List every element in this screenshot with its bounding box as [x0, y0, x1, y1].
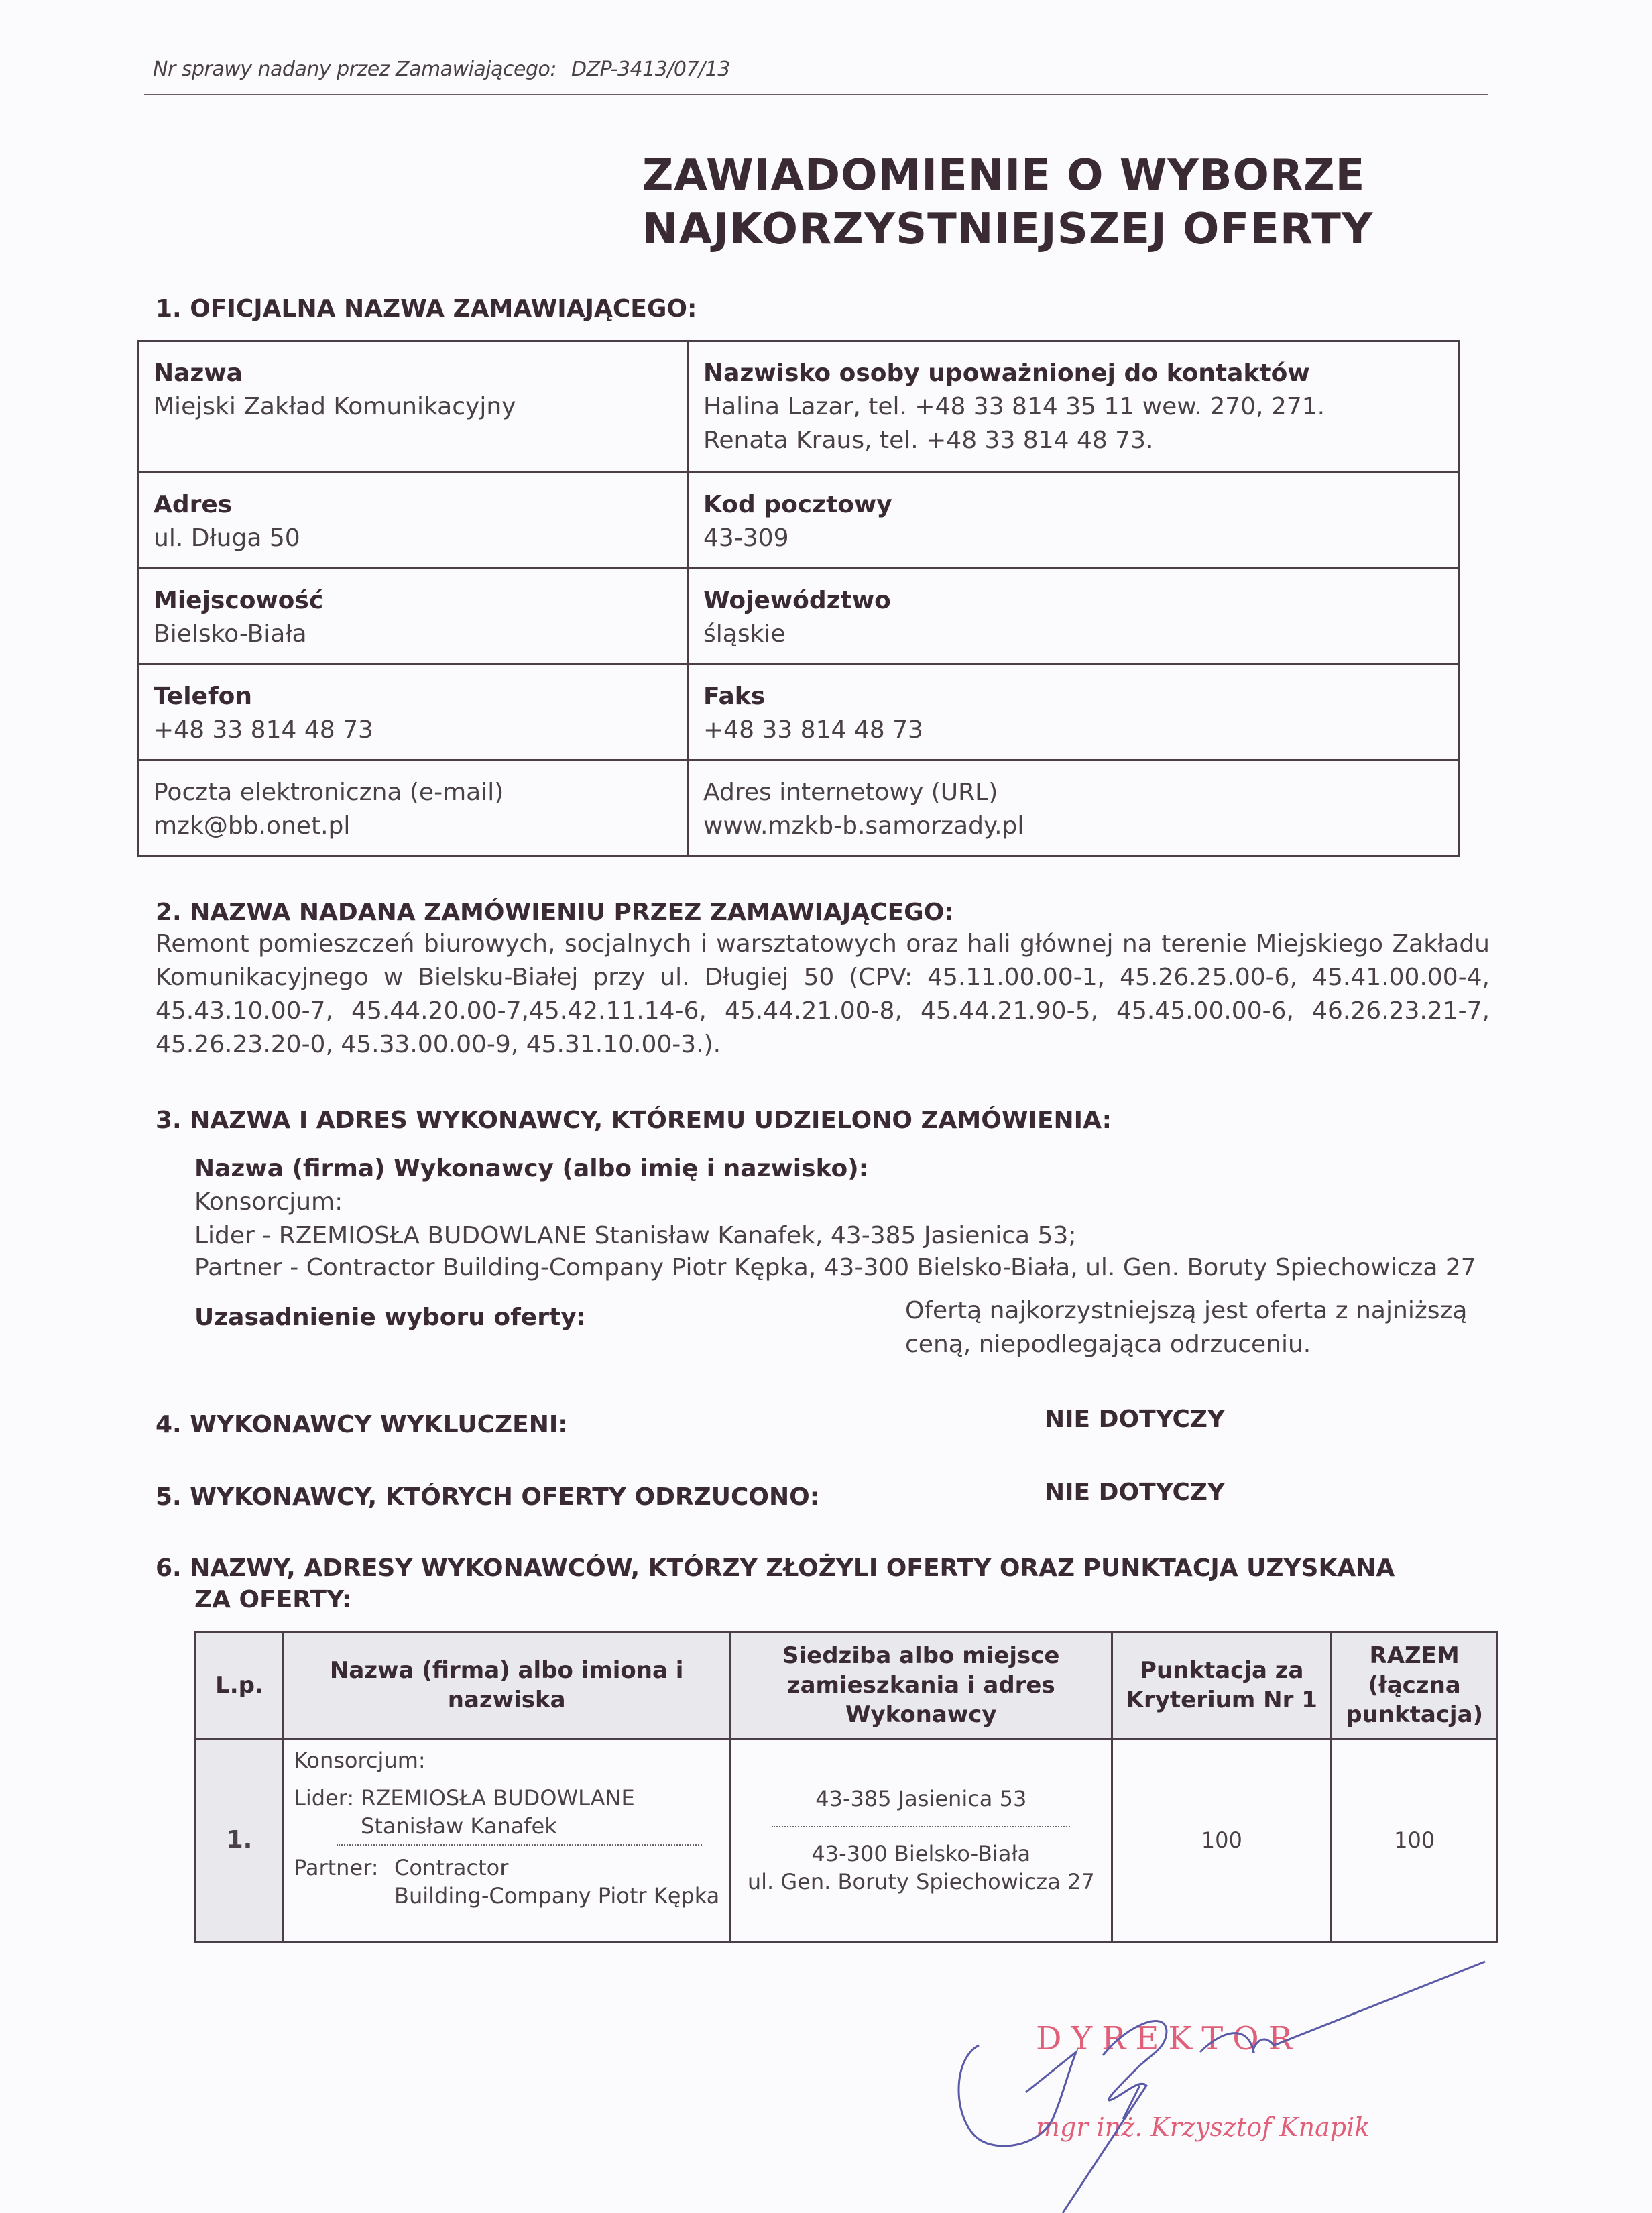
handwritten-signature — [939, 1945, 1542, 2213]
url-cell: Adres internetowy (URL) www.mzkb-b.samor… — [689, 760, 1459, 856]
case-number: DZP-3413/07/13 — [571, 58, 730, 81]
total-cell: 100 — [1332, 1739, 1498, 1942]
section-1-heading: 1. OFICJALNA NAZWA ZAMAWIAJĄCEGO: — [156, 295, 697, 323]
order-name-text: Remont pomieszczeń biurowych, socjalnych… — [156, 927, 1490, 1062]
column-header-total: RAZEM (łączna punktacja) — [1332, 1632, 1498, 1739]
phone-cell: Telefon +48 33 814 48 73 — [139, 665, 689, 760]
firm-label: Nazwa (firma) Wykonawcy (albo imię i naz… — [194, 1152, 868, 1186]
region-cell: Województwo śląskie — [689, 569, 1459, 665]
section-2-heading: 2. NAZWA NADANA ZAMÓWIENIU PRZEZ ZAMAWIA… — [156, 899, 954, 926]
justification-label: Uzasadnienie wyboru oferty: — [194, 1301, 586, 1335]
header-divider — [144, 94, 1488, 95]
contact-cell: Nazwisko osoby upoważnionej do kontaktów… — [689, 341, 1459, 473]
address-cell: 43-385 Jasienica 53 43-300 Bielsko-Biała… — [730, 1739, 1112, 1942]
section-3-heading: 3. NAZWA I ADRES WYKONAWCY, KTÓREMU UDZI… — [156, 1106, 1112, 1134]
section-5-heading: 5. WYKONAWCY, KTÓRYCH OFERTY ODRZUCONO: — [156, 1483, 819, 1511]
leader-line: Lider - RZEMIOSŁA BUDOWLANE Stanisław Ka… — [194, 1219, 1077, 1253]
section-4-value: NIE DOTYCZY — [1045, 1406, 1225, 1433]
document-title: ZAWIADOMIENIE O WYBORZE NAJKORZYSTNIEJSZ… — [642, 149, 1373, 256]
dotted-divider — [337, 1844, 702, 1846]
justification-value: Ofertą najkorzystniejszą jest oferta z n… — [905, 1294, 1495, 1361]
contracting-authority-table: Nazwa Miejski Zakład Komunikacyjny Nazwi… — [137, 340, 1460, 857]
column-header-address: Siedziba albo miejsce zamieszkania i adr… — [730, 1632, 1112, 1739]
column-header-lp: L.p. — [196, 1632, 284, 1739]
partner-line: Partner - Contractor Building-Company Pi… — [194, 1251, 1476, 1285]
score-cell: 100 — [1112, 1739, 1332, 1942]
city-cell: Miejscowość Bielsko-Biała — [139, 569, 689, 665]
email-cell: Poczta elektroniczna (e-mail) mzk@bb.one… — [139, 760, 689, 856]
table-row: 1. Konsorcjum: Lider: RZEMIOSŁA BUDOWLAN… — [196, 1739, 1498, 1942]
offers-table: L.p. Nazwa (firma) albo imiona i nazwisk… — [194, 1631, 1498, 1943]
website-link[interactable]: www.mzkb-b.samorzady.pl — [703, 812, 1024, 840]
consortium-label: Konsorcjum: — [194, 1186, 343, 1219]
firm-cell: Konsorcjum: Lider: RZEMIOSŁA BUDOWLANE S… — [284, 1739, 730, 1942]
column-header-score: Punktacja za Kryterium Nr 1 — [1112, 1632, 1332, 1739]
section-5-value: NIE DOTYCZY — [1045, 1479, 1225, 1506]
dotted-divider — [772, 1826, 1070, 1827]
column-header-name: Nazwa (firma) albo imiona i nazwiska — [284, 1632, 730, 1739]
row-number: 1. — [196, 1739, 284, 1942]
case-number-line: Nr sprawy nadany przez Zamawiającego:DZP… — [153, 58, 730, 81]
name-cell: Nazwa Miejski Zakład Komunikacyjny — [139, 341, 689, 473]
document-page: Nr sprawy nadany przez Zamawiającego:DZP… — [0, 0, 1652, 2213]
section-6-heading: 6. NAZWY, ADRESY WYKONAWCÓW, KTÓRZY ZŁOŻ… — [156, 1554, 1395, 1613]
case-number-label: Nr sprawy nadany przez Zamawiającego: — [153, 58, 556, 81]
fax-cell: Faks +48 33 814 48 73 — [689, 665, 1459, 760]
email-link[interactable]: mzk@bb.onet.pl — [154, 809, 674, 843]
address-cell: Adres ul. Długa 50 — [139, 473, 689, 569]
postal-code-cell: Kod pocztowy 43-309 — [689, 473, 1459, 569]
section-4-heading: 4. WYKONAWCY WYKLUCZENI: — [156, 1411, 568, 1438]
